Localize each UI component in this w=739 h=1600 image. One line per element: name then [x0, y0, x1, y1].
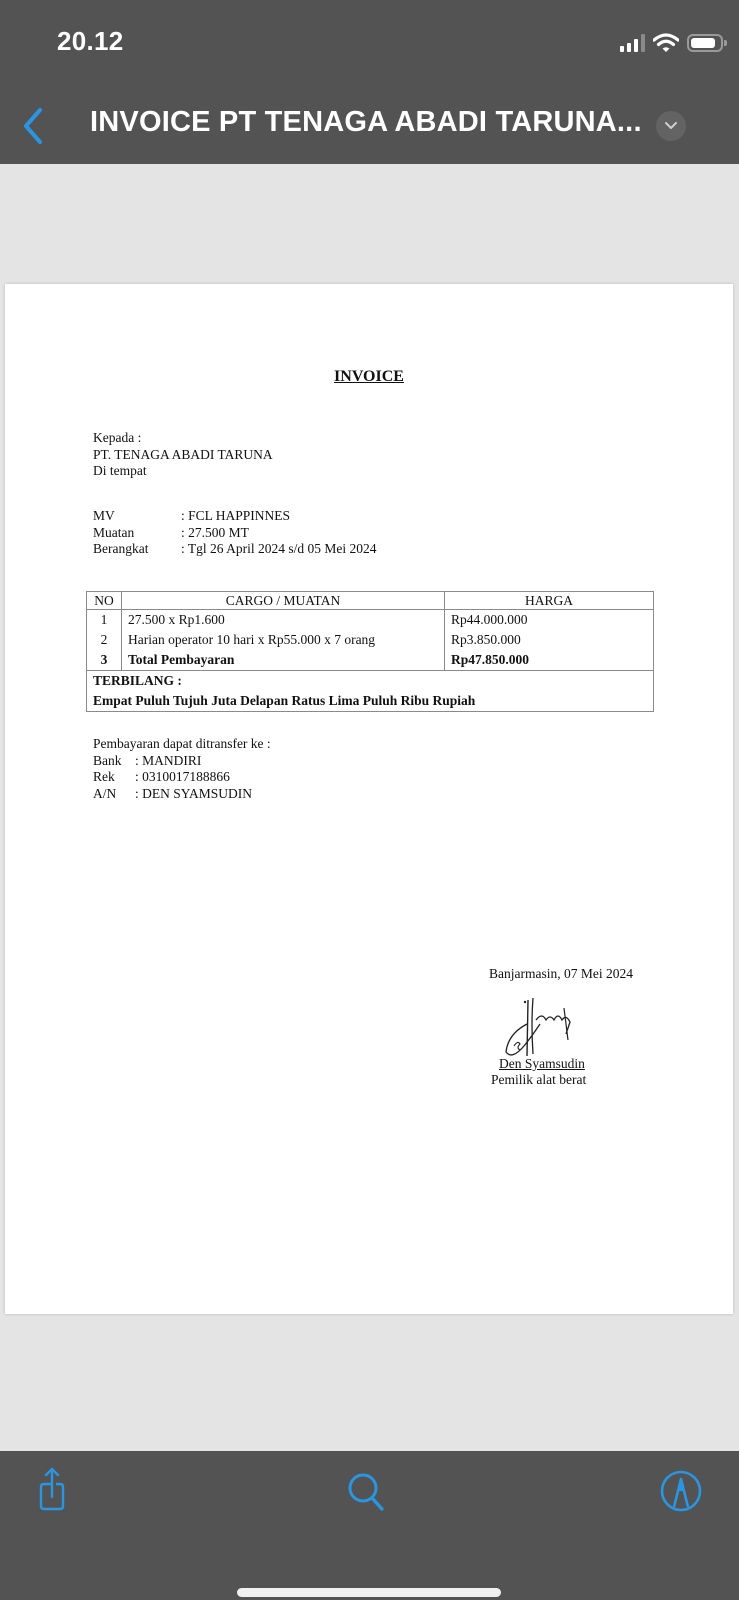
header-no: NO: [87, 592, 122, 610]
place-date: Banjarmasin, 07 Mei 2024: [489, 966, 633, 983]
signature-image: [500, 994, 590, 1062]
table-header: NO CARGO / MUATAN HARGA: [87, 592, 654, 610]
terbilang-row: TERBILANG : Empat Puluh Tujuh Juta Delap…: [87, 671, 654, 712]
markup-button[interactable]: [659, 1469, 703, 1513]
pdf-page: INVOICE Kepada : PT. TENAGA ABADI TARUNA…: [5, 284, 733, 1314]
search-icon: [346, 1471, 390, 1515]
status-icons: [620, 32, 723, 54]
header-harga: HARGA: [445, 592, 654, 610]
invoice-table: NO CARGO / MUATAN HARGA 1 27.500 x Rp1.6…: [86, 591, 654, 712]
recipient-location: Di tempat: [93, 463, 273, 480]
recipient-company: PT. TENAGA ABADI TARUNA: [93, 447, 273, 464]
recipient-block: Kepada : PT. TENAGA ABADI TARUNA Di temp…: [93, 430, 273, 480]
share-icon: [35, 1467, 79, 1511]
payment-intro: Pembayaran dapat ditransfer ke :: [93, 736, 271, 753]
top-bar: 20.12 INVOICE PT TENAGA ABADI TARUNA...: [0, 0, 739, 164]
home-indicator[interactable]: [237, 1588, 501, 1597]
share-button[interactable]: [35, 1467, 79, 1511]
signer-role: Pemilik alat berat: [491, 1072, 586, 1089]
payment-row: Bank: MANDIRI: [93, 753, 271, 770]
header-cargo: CARGO / MUATAN: [122, 592, 445, 610]
wifi-icon: [653, 33, 679, 53]
signer-name: Den Syamsudin: [499, 1056, 585, 1073]
terbilang-label: TERBILANG :: [93, 671, 647, 691]
table-row-total: 3 Total Pembayaran Rp47.850.000: [87, 650, 654, 671]
payment-block: Pembayaran dapat ditransfer ke : Bank: M…: [93, 736, 271, 802]
table-row: 2 Harian operator 10 hari x Rp55.000 x 7…: [87, 630, 654, 650]
bottom-toolbar: [0, 1451, 739, 1600]
battery-icon: [687, 34, 723, 52]
invoice-heading: INVOICE: [5, 368, 733, 386]
status-time: 20.12: [57, 26, 124, 57]
shipment-details: MV: FCL HAPPINNES Muatan: 27.500 MT Bera…: [93, 508, 377, 558]
payment-row: A/N: DEN SYAMSUDIN: [93, 786, 271, 803]
recipient-label: Kepada :: [93, 430, 273, 447]
chevron-down-icon: [664, 121, 678, 131]
chevron-left-icon: [18, 106, 48, 146]
cellular-signal-icon: [620, 34, 645, 52]
terbilang-value: Empat Puluh Tujuh Juta Delapan Ratus Lim…: [93, 691, 647, 711]
title-menu-button[interactable]: [656, 111, 686, 141]
detail-row: Muatan: 27.500 MT: [93, 525, 377, 542]
back-button[interactable]: [18, 106, 48, 146]
detail-row: MV: FCL HAPPINNES: [93, 508, 377, 525]
search-button[interactable]: [346, 1471, 390, 1515]
table-row: 1 27.500 x Rp1.600 Rp44.000.000: [87, 610, 654, 631]
detail-row: Berangkat: Tgl 26 April 2024 s/d 05 Mei …: [93, 541, 377, 558]
payment-row: Rek: 0310017188866: [93, 769, 271, 786]
markup-pen-icon: [659, 1469, 703, 1513]
document-title[interactable]: INVOICE PT TENAGA ABADI TARUNA...: [90, 106, 642, 139]
